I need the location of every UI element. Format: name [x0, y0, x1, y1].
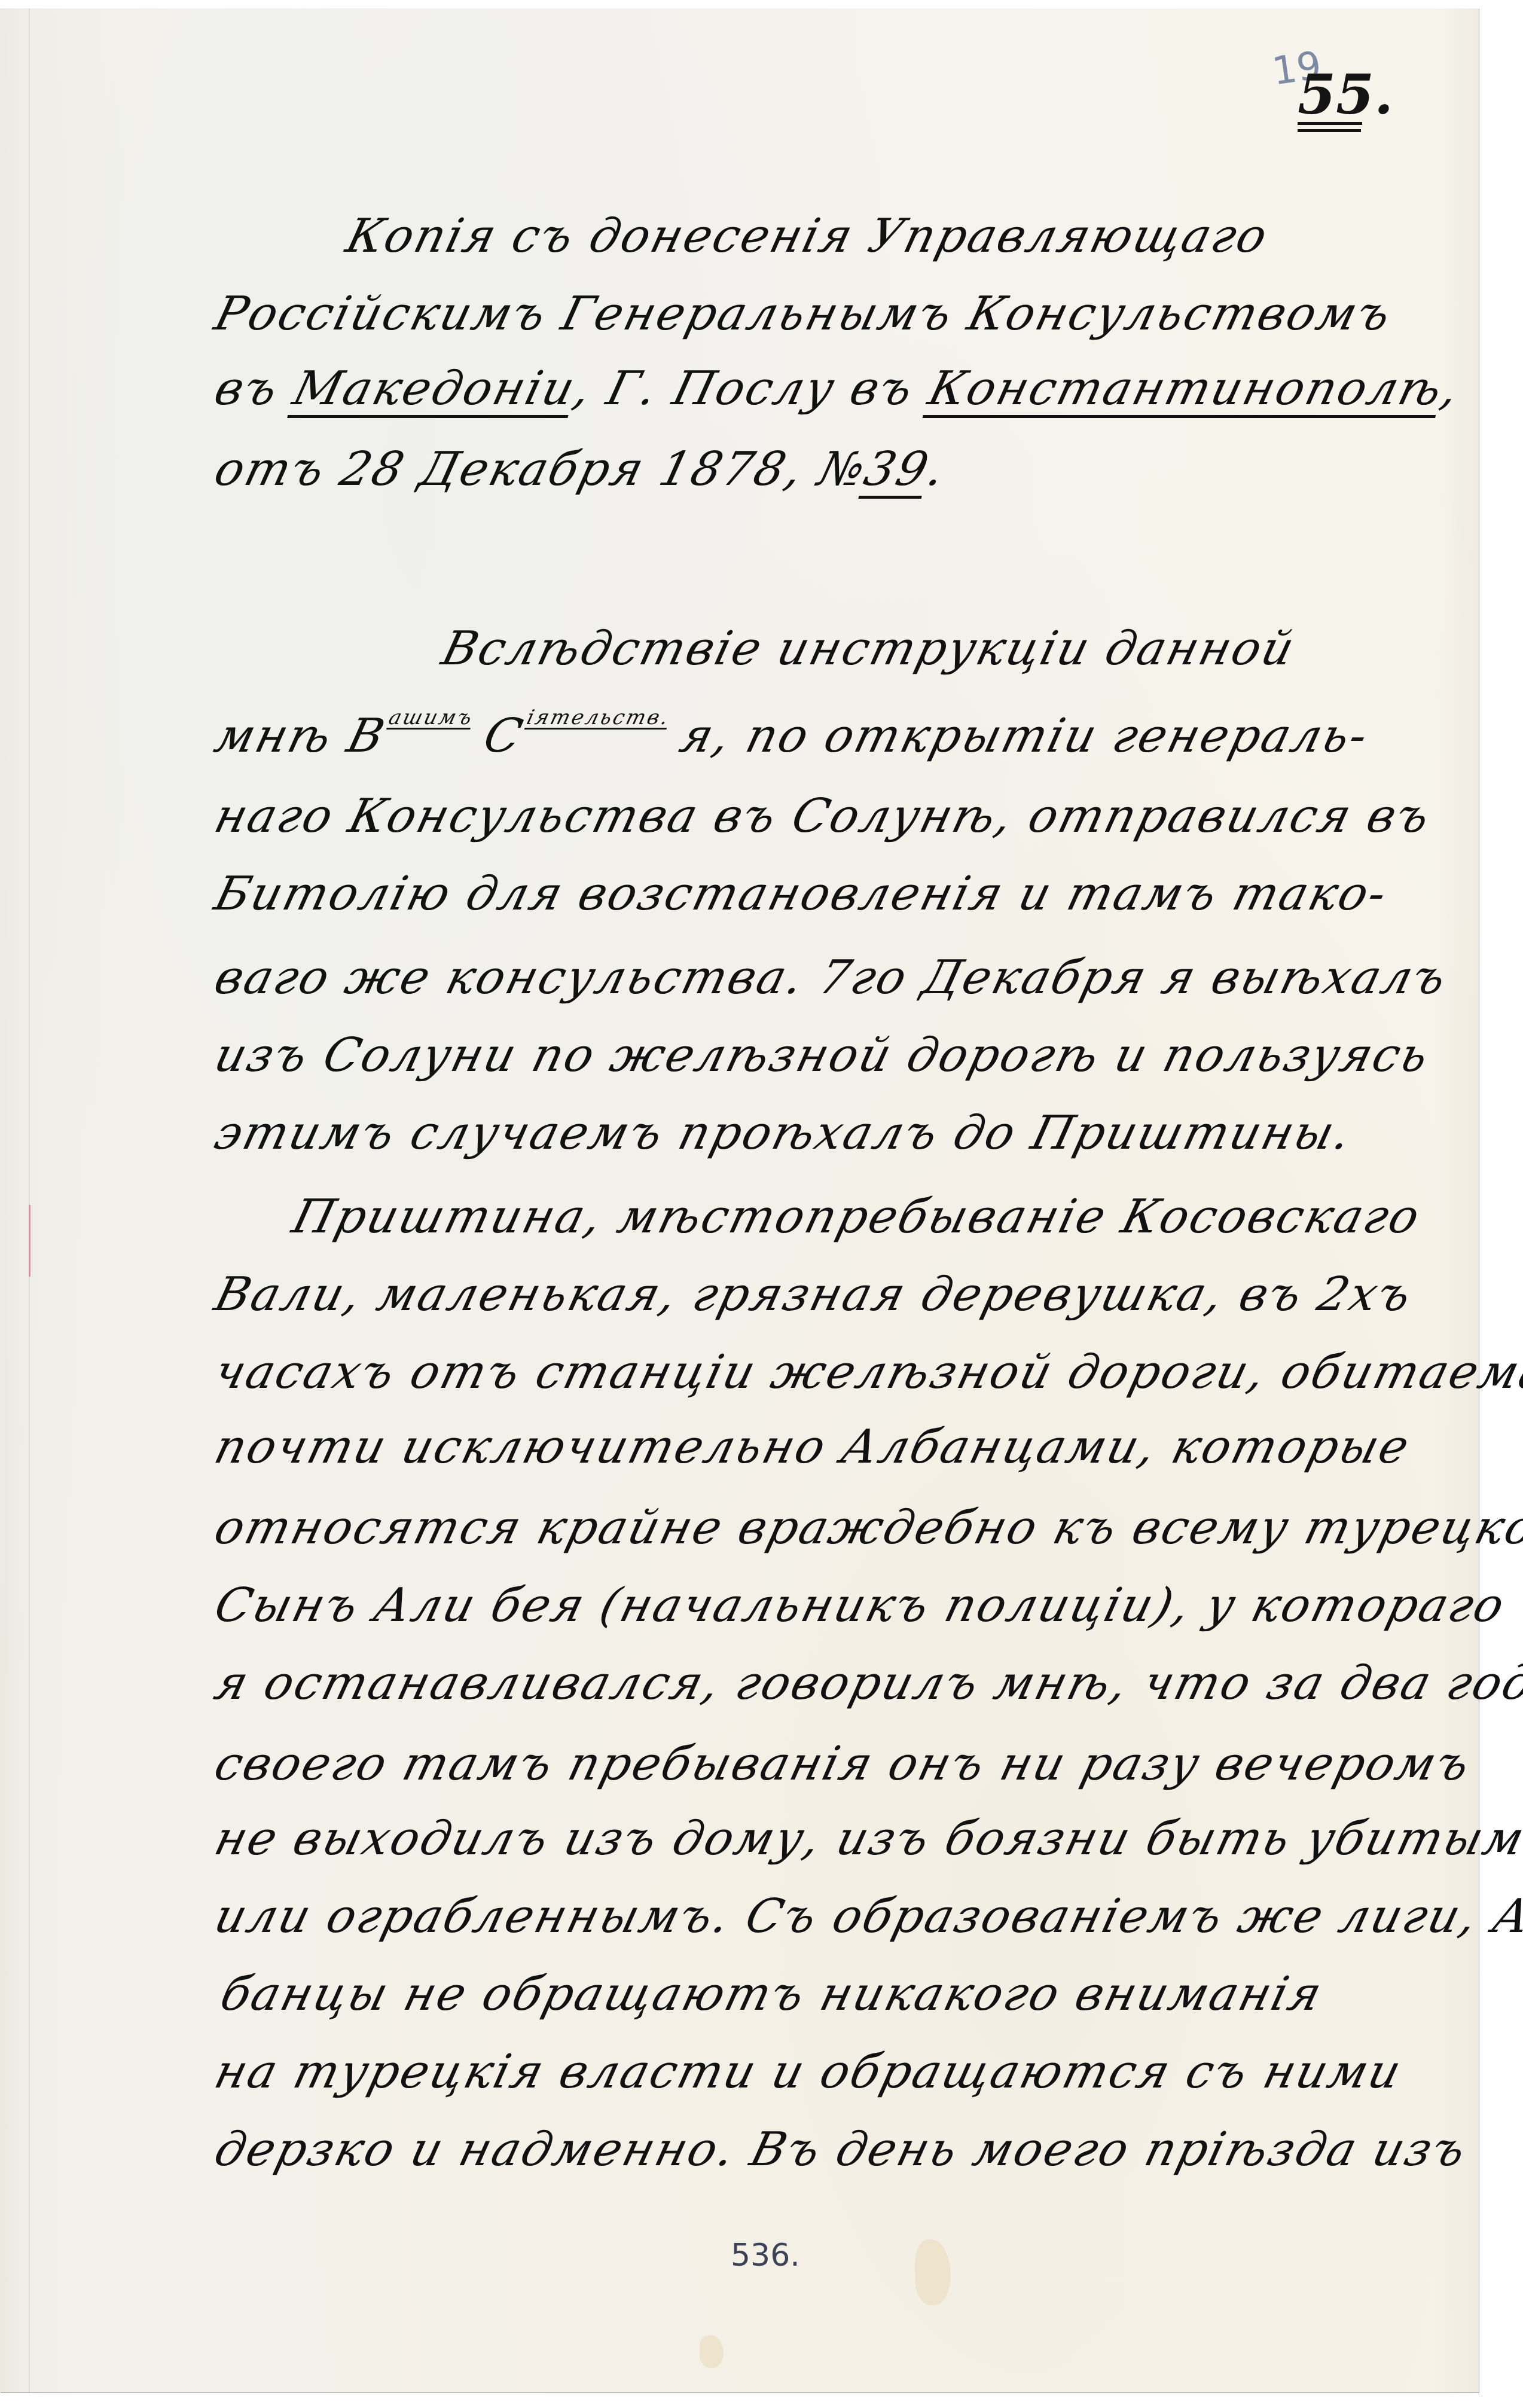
body-text: мнѣ В: [209, 709, 391, 763]
body-line: Сынъ Али бея (начальникъ полиціи), у кот…: [209, 1579, 1511, 1632]
header-date: отъ 28 Декабря 1878, №: [209, 442, 872, 496]
body-line: почти исключительно Албанцами, которые: [209, 1420, 1416, 1474]
folio-number-ink-text: 55.: [1298, 62, 1393, 127]
body-line: дерзко и надменно. Въ день моего пріѣзда…: [209, 2123, 1473, 2177]
abbreviation-superscript: іятельств.: [524, 706, 673, 730]
body-line: ваго же консульства. 7го Декабря я выѣха…: [209, 951, 1453, 1005]
body-text: я, по открытіи генераль-: [658, 709, 1375, 763]
binding-mark: [29, 1205, 30, 1277]
header-text: , Г. Послу въ: [568, 362, 936, 416]
body-line: Вслѣдствіе инструкціи данной: [437, 622, 1301, 676]
folio-underline: [1298, 129, 1361, 132]
body-line: или ограбленнымъ. Съ образованіемъ же ли…: [209, 1890, 1523, 1943]
body-line: Вали, маленькая, грязная деревушка, въ 2…: [209, 1268, 1418, 1321]
body-line: я останавливался, говорилъ мнѣ, что за д…: [209, 1656, 1523, 1710]
place-macedonia: Македоніи: [288, 362, 582, 416]
folio-number-ink: 55.: [1298, 67, 1393, 122]
header-line: Копія съ донесенія Управляющаго: [341, 209, 1274, 263]
body-line: наго Консульства въ Солунѣ, отправился в…: [209, 789, 1437, 843]
body-line: Битолію для возстановленія и тамъ тако-: [209, 867, 1393, 921]
body-line: часахъ отъ станціи желѣзной дороги, обит…: [209, 1345, 1523, 1399]
folio-underline: [1298, 122, 1362, 125]
body-line: этимъ случаемъ проѣхалъ до Приштины.: [209, 1106, 1358, 1160]
place-constantinople: Константинополѣ: [923, 362, 1449, 416]
header-line: отъ 28 Декабря 1878, №39.: [209, 442, 952, 496]
abbreviation-superscript: ашимъ: [386, 706, 476, 730]
body-line: изъ Солуни по желѣзной дорогѣ и пользуяс…: [209, 1028, 1435, 1082]
body-line: относятся крайне враждебно къ всему туре…: [209, 1501, 1523, 1555]
body-line: на турецкія власти и обращаются съ ними: [209, 2045, 1408, 2099]
body-line: не выходилъ изъ дому, изъ боязни быть уб…: [209, 1812, 1523, 1866]
header-line: въ Македоніи, Г. Послу въ Константинопол…: [209, 362, 1466, 416]
body-line: банцы не обращаютъ никакого вниманія: [215, 1967, 1329, 2021]
binding-fold: [29, 8, 30, 2392]
body-line: Приштина, мѣстопребываніе Косовскаго: [287, 1190, 1426, 1244]
body-line: своего тамъ пребыванія онъ ни разу вечер…: [209, 1737, 1476, 1791]
body-line: мнѣ Вашимъ Сіятельств. я, по открытіи ге…: [209, 706, 1375, 763]
header-text: въ: [209, 362, 301, 416]
header-line: Россійскимъ Генеральнымъ Консульствомъ: [209, 287, 1397, 341]
archive-number: 536.: [731, 2238, 800, 2273]
